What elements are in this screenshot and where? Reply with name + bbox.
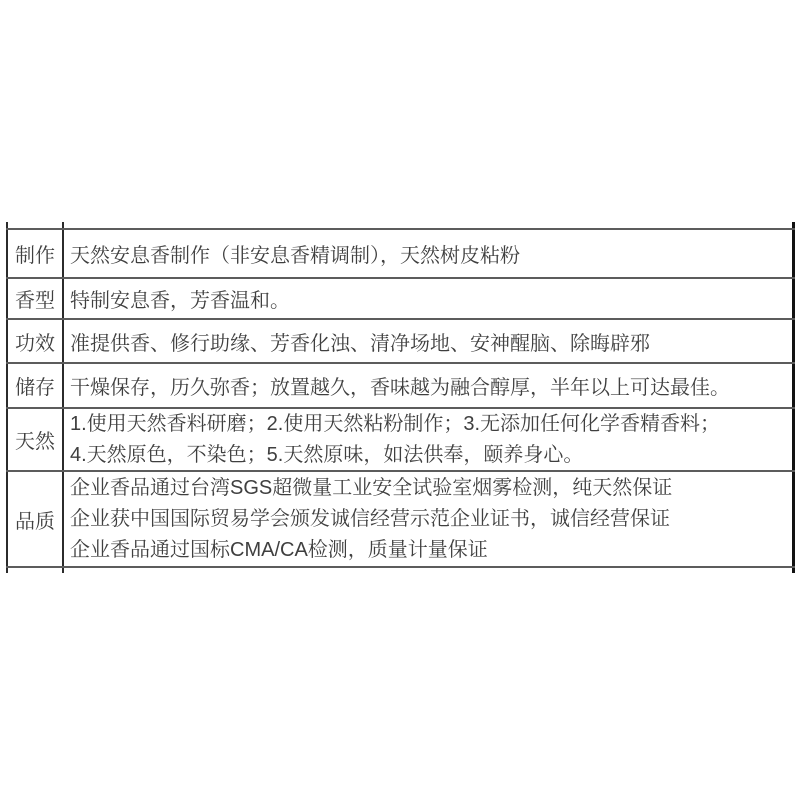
row-content: 天然安息香制作（非安息香精调制），天然树皮粘粉 [64,230,795,277]
table-row: 天然 1.使用天然香料研磨；2.使用天然粘粉制作；3.无添加任何化学香精香料；4… [6,407,795,470]
row-label: 天然 [6,409,64,470]
table-row: 功效 准提供香、修行助缘、芳香化浊、清净场地、安神醒脑、除晦辟邪 [6,318,795,362]
product-info-table-rows: 制作 天然安息香制作（非安息香精调制），天然树皮粘粉 香型 特制安息香，芳香温和… [6,228,795,568]
row-content-line: 4.天然原色，不染色；5.天然原味，如法供奉，颐养身心。 [70,440,791,471]
row-label: 功效 [6,320,64,362]
row-content-line: 特制安息香，芳香温和。 [70,284,791,313]
row-content-line: 干燥保存，历久弥香；放置越久，香味越为融合醇厚，半年以上可达最佳。 [70,371,791,400]
table-row: 储存 干燥保存，历久弥香；放置越久，香味越为融合醇厚，半年以上可达最佳。 [6,362,795,407]
row-label: 香型 [6,279,64,318]
row-content-line: 天然安息香制作（非安息香精调制），天然树皮粘粉 [70,239,791,268]
row-content: 准提供香、修行助缘、芳香化浊、清净场地、安神醒脑、除晦辟邪 [64,320,795,362]
row-content-line: 企业获中国国际贸易学会颁发诚信经营示范企业证书，诚信经营保证 [70,504,791,535]
row-content-line: 企业香品通过台湾SGS超微量工业安全试验室烟雾检测，纯天然保证 [70,473,791,504]
row-content-line: 准提供香、修行助缘、芳香化浊、清净场地、安神醒脑、除晦辟邪 [70,327,791,356]
row-label: 制作 [6,230,64,277]
row-label: 品质 [6,472,64,566]
row-content: 1.使用天然香料研磨；2.使用天然粘粉制作；3.无添加任何化学香精香料；4.天然… [64,409,795,470]
row-content: 干燥保存，历久弥香；放置越久，香味越为融合醇厚，半年以上可达最佳。 [64,364,795,407]
product-info-table: 制作 天然安息香制作（非安息香精调制），天然树皮粘粉 香型 特制安息香，芳香温和… [6,222,795,573]
row-label: 储存 [6,364,64,407]
row-content: 企业香品通过台湾SGS超微量工业安全试验室烟雾检测，纯天然保证企业获中国国际贸易… [64,472,795,566]
row-content-line: 1.使用天然香料研磨；2.使用天然粘粉制作；3.无添加任何化学香精香料； [70,409,791,440]
row-content-line: 企业香品通过国标CMA/CA检测，质量计量保证 [70,535,791,566]
row-content: 特制安息香，芳香温和。 [64,279,795,318]
product-description-page: 制作 天然安息香制作（非安息香精调制），天然树皮粘粉 香型 特制安息香，芳香温和… [0,0,800,800]
table-row: 香型 特制安息香，芳香温和。 [6,277,795,318]
table-row: 品质 企业香品通过台湾SGS超微量工业安全试验室烟雾检测，纯天然保证企业获中国国… [6,470,795,566]
table-row: 制作 天然安息香制作（非安息香精调制），天然树皮粘粉 [6,228,795,277]
